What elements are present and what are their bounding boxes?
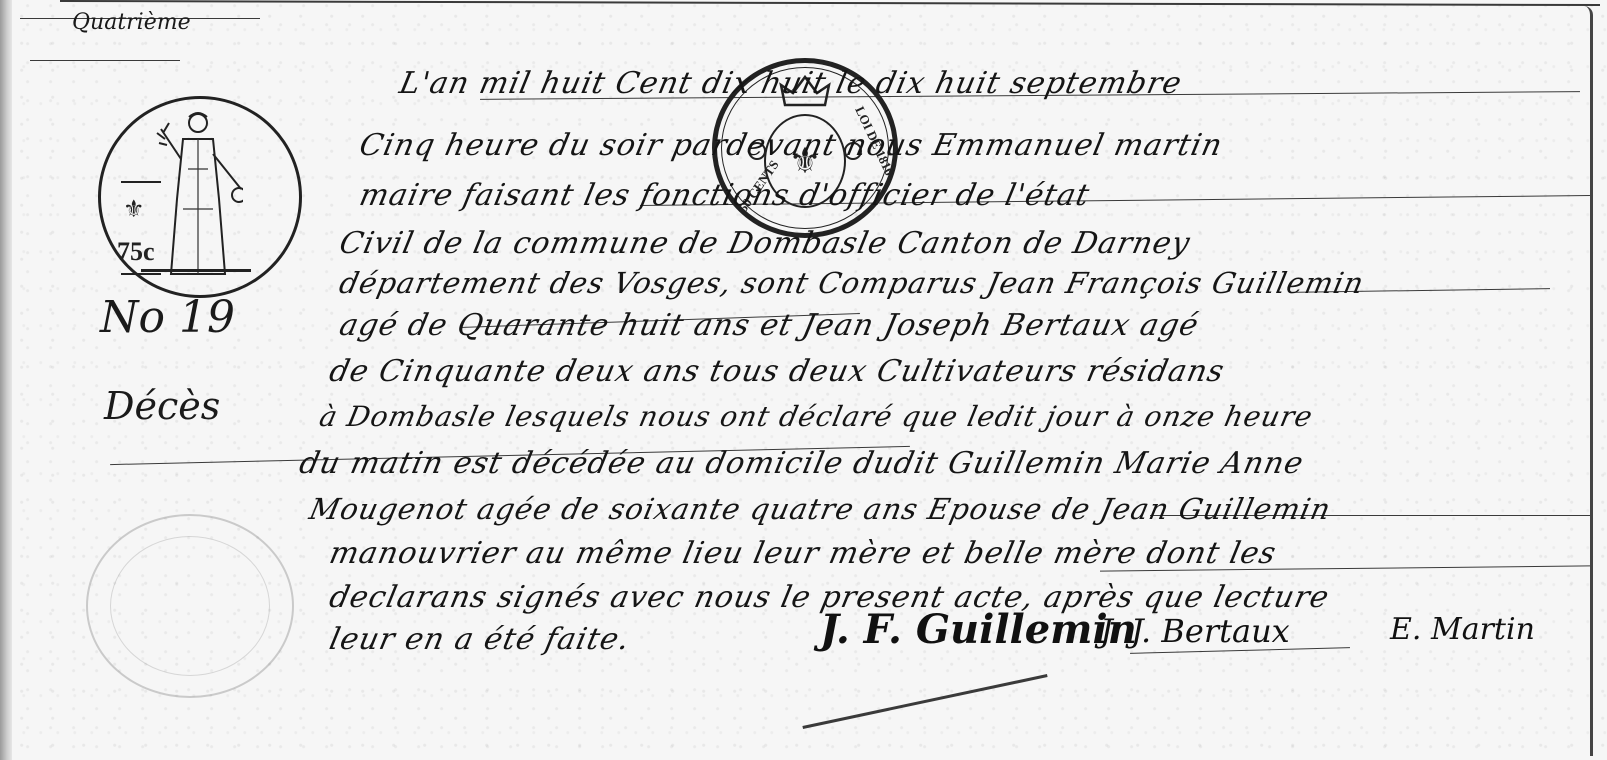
text-line: agé de Quarante huit ans et Jean Joseph … — [336, 308, 1202, 343]
text-line: de Cinquante deux ans tous deux Cultivat… — [326, 354, 1228, 389]
signature-guillemin: J. F. Guillemin — [820, 606, 1137, 653]
entry-number: No 19 — [100, 292, 235, 343]
text-line: leur en a été faite. — [326, 622, 633, 657]
page-top-edge — [60, 0, 1600, 10]
allegorical-figure-icon — [153, 109, 243, 279]
text-line: Mougenot agée de soixante quatre ans Epo… — [306, 492, 1334, 526]
fleur-de-lis-icon: ⚜ — [123, 195, 145, 223]
stamp-value: 75c — [117, 237, 155, 267]
tax-stamp: ⚜ 75c — [98, 96, 302, 298]
text-line: maire faisant les fonctions d'officier d… — [356, 178, 1093, 213]
page-right-edge — [1584, 6, 1593, 756]
stamp-ground-line — [141, 269, 251, 272]
margin-header-note: Quatrième — [72, 10, 191, 35]
text-line: Cinq heure du soir pardevant nous Emmanu… — [356, 128, 1226, 163]
document-page: Quatrième No 19 Décès ⚜ 75c ⚜ 50 CENTS L… — [0, 0, 1607, 760]
text-line: du matin est décédée au domicile dudit G… — [296, 446, 1307, 481]
book-binding — [0, 0, 12, 760]
signature-flourish — [802, 674, 1047, 729]
signature-martin: E. Martin — [1390, 612, 1535, 647]
signature-bertaux: J. J. Bertaux — [1100, 612, 1290, 650]
rule-line — [30, 60, 180, 61]
embossed-seal — [86, 514, 294, 698]
text-line: à Dombasle lesquels nous ont déclaré que… — [316, 400, 1316, 433]
text-line: manouvrier au même lieu leur mère et bel… — [326, 536, 1279, 571]
entry-type: Décès — [104, 384, 220, 428]
text-line: Civil de la commune de Dombasle Canton d… — [336, 226, 1193, 261]
text-line: département des Vosges, sont Comparus Je… — [336, 266, 1367, 300]
text-line: L'an mil huit Cent dix huit le dix huit … — [396, 66, 1185, 101]
